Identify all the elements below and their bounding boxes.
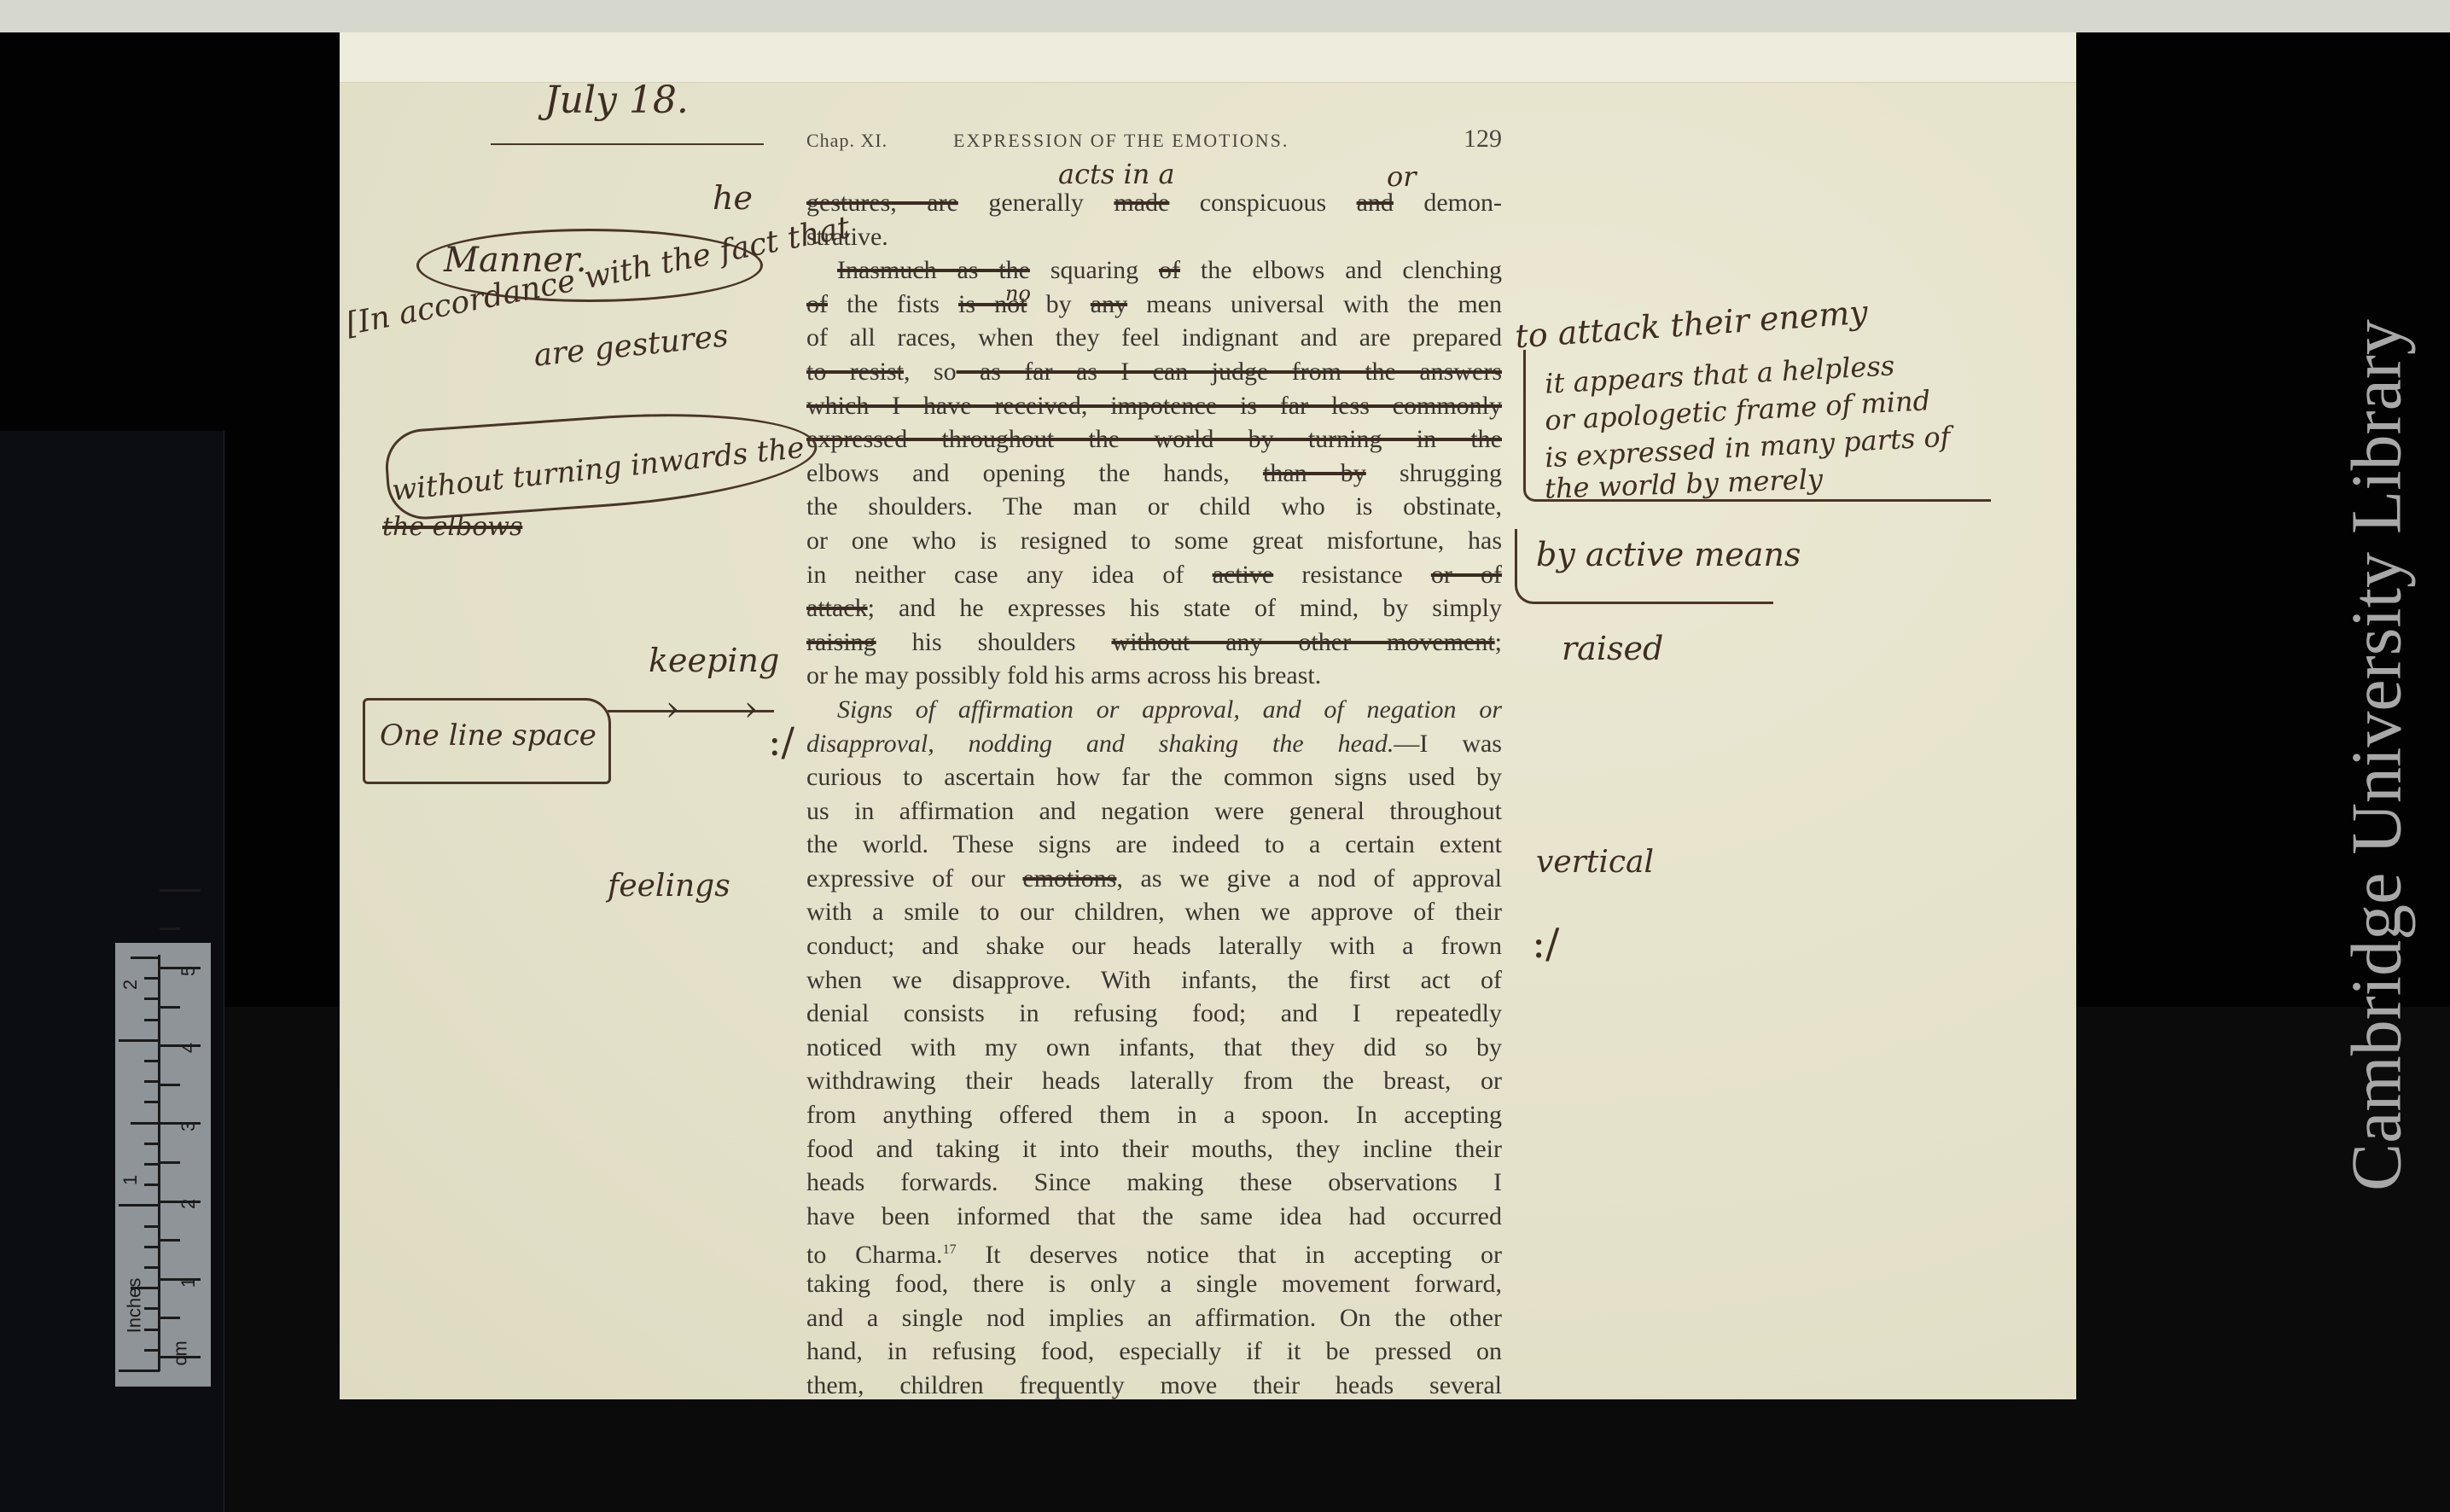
- struck-text: or of: [1431, 561, 1502, 589]
- text-segment: the world. These signs are indeed to a c…: [806, 830, 1502, 858]
- text-segment: of all races, when they feel indignant a…: [806, 323, 1502, 352]
- ruler-tick: [144, 1329, 160, 1331]
- text-line: to Charma.17 It deserves notice that in …: [806, 1233, 1502, 1267]
- text-line: when we disapprove. With infants, the fi…: [806, 963, 1502, 997]
- text-line: food and taking it into their mouths, th…: [806, 1132, 1502, 1166]
- text-line: Signs of affirmation or approval, and of…: [806, 693, 1502, 727]
- text-segment: the elbows and clenching: [1180, 256, 1502, 284]
- text-line: the shoulders. The man or child who is o…: [806, 490, 1502, 524]
- text-segment: conduct; and shake our heads laterally w…: [806, 932, 1502, 960]
- text-line: hand, in refusing food, especially if it…: [806, 1335, 1502, 1369]
- annotation-he: he: [713, 179, 753, 217]
- ruler-tick: [144, 1183, 160, 1186]
- ruler-cm-5: 5: [177, 966, 200, 976]
- ruler-tick: [144, 1225, 160, 1228]
- ruler-tick: [144, 1246, 160, 1248]
- text-line: have been informed that the same idea ha…: [806, 1200, 1502, 1234]
- ruler-tick: [131, 1122, 160, 1125]
- annotation-margin-mark-2: :/: [1532, 920, 1559, 968]
- library-watermark: Cambridge University Library: [2336, 319, 2418, 1191]
- text-segment: with a smile to our children, when we ap…: [806, 898, 1502, 926]
- text-segment: to Charma.: [806, 1241, 943, 1269]
- text-line: taking food, there is only a single move…: [806, 1267, 1502, 1301]
- ruler-inch-1: 1: [119, 1175, 142, 1185]
- struck-text: expressed throughout the world by turnin…: [806, 425, 1502, 453]
- struck-text: Inasmuch as the: [837, 256, 1030, 284]
- text-segment: shrugging: [1366, 459, 1502, 487]
- text-segment: resistance: [1273, 561, 1431, 589]
- text-line: the world. These signs are indeed to a c…: [806, 828, 1502, 862]
- ruler-tick: [160, 928, 180, 930]
- text-line: strative.: [806, 220, 1502, 254]
- ruler-tick: [160, 1239, 180, 1242]
- text-line: raising his shoulders without any other …: [806, 625, 1502, 660]
- ruler-tick: [160, 1317, 180, 1319]
- annotation-margin-mark: :/: [768, 718, 794, 765]
- text-line: and a single nod implies an affirmation.…: [806, 1301, 1502, 1335]
- ruler-tick: [144, 1349, 160, 1352]
- text-segment: means universal with the men: [1127, 290, 1502, 318]
- text-line: elbows and opening the hands, than by sh…: [806, 457, 1502, 491]
- struck-text: emotions: [1022, 864, 1116, 893]
- struck-text: of: [1159, 256, 1180, 284]
- book-title: EXPRESSION OF THE EMOTIONS.: [953, 130, 1289, 152]
- struck-text: raising: [806, 628, 876, 656]
- struck-text: which I have received, impotence is far …: [806, 392, 1502, 420]
- text-segment: in neither case any idea of: [806, 561, 1213, 589]
- page-overlap-strip: [340, 32, 2076, 83]
- arrow-head-icon: ›: [744, 689, 758, 729]
- struck-text: active: [1213, 561, 1274, 589]
- text-line: of all races, when they feel indignant a…: [806, 321, 1502, 355]
- text-segment: the shoulders. The man or child who is o…: [806, 492, 1502, 520]
- ruler-tick: [119, 1370, 160, 1372]
- struck-text: of: [806, 290, 828, 318]
- text-segment: 17: [943, 1242, 957, 1257]
- struck-text: any: [1091, 290, 1127, 318]
- ruler-tick: [144, 1163, 160, 1166]
- ruler-cm-2: 2: [177, 1199, 200, 1209]
- struck-text: attack: [806, 594, 868, 622]
- ruler-cm-4: 4: [177, 1043, 200, 1053]
- ruler-tick: [160, 1084, 180, 1086]
- text-line: withdrawing their heads laterally from t…: [806, 1064, 1502, 1098]
- scale-ruler: Inches cm 1 2 1 2 3 4 5: [115, 943, 211, 1387]
- text-segment: have been informed that the same idea ha…: [806, 1202, 1502, 1230]
- struck-text: than by: [1263, 459, 1366, 487]
- text-segment: noticed with my own infants, that they d…: [806, 1033, 1502, 1061]
- ruler-tick: [144, 997, 160, 1000]
- ruler-tick: [144, 1307, 160, 1310]
- ruler-tick: [119, 1039, 160, 1042]
- arrow-head-icon: ›: [666, 689, 679, 729]
- ruler-tick: [144, 1019, 160, 1021]
- text-segment: generally: [958, 189, 1114, 217]
- text-line: expressive of our emotions, as we give a…: [806, 862, 1502, 896]
- text-line: of the fists is not by any means univers…: [806, 288, 1502, 322]
- text-segment: —I was: [1394, 730, 1502, 758]
- scan-top-strip: [0, 0, 2450, 32]
- text-segment: conspicuous: [1169, 189, 1356, 217]
- text-segment: expressive of our: [806, 864, 1022, 893]
- text-segment: or he may possibly fold his arms across …: [806, 661, 1321, 689]
- text-segment: heads forwards. Since making these obser…: [806, 1168, 1502, 1196]
- text-segment: us in affirmation and negation were gene…: [806, 797, 1502, 825]
- text-line: or one who is resigned to some great mis…: [806, 524, 1502, 558]
- text-segment: from anything offered them in a spoon. I…: [806, 1101, 1502, 1129]
- annotation-date: July 18.: [544, 79, 689, 122]
- ruler-tick: [144, 1143, 160, 1145]
- ruler-cm-1: 1: [177, 1277, 200, 1288]
- annotation-feelings: feelings: [608, 869, 730, 904]
- text-line: to resist, so as far as I can judge from…: [806, 355, 1502, 389]
- text-segment: or one who is resigned to some great mis…: [806, 526, 1502, 555]
- text-segment: , so: [904, 358, 957, 386]
- text-line: conduct; and shake our heads laterally w…: [806, 929, 1502, 963]
- ruler-tick: [160, 889, 201, 892]
- text-line: denial consists in refusing food; and I …: [806, 997, 1502, 1031]
- annotation-vertical: vertical: [1536, 845, 1654, 880]
- ruler-tick: [144, 1080, 160, 1083]
- text-line: attack; and he expresses his state of mi…: [806, 591, 1502, 625]
- ruler-inches-label: Inches: [123, 1278, 145, 1334]
- ruler-tick: [131, 957, 160, 959]
- ruler-cm-label: cm: [170, 1340, 192, 1365]
- date-underline: [491, 143, 764, 145]
- ruler-tick: [144, 977, 160, 980]
- text-line: which I have received, impotence is far …: [806, 389, 1502, 423]
- text-segment: taking food, there is only a single move…: [806, 1270, 1502, 1298]
- text-segment: elbows and opening the hands,: [806, 459, 1263, 487]
- text-segment: by: [1027, 290, 1091, 318]
- ruler-tick: [119, 1204, 160, 1207]
- struck-text: as far as I can judge from the answers: [957, 358, 1502, 386]
- ruler-inch-2: 2: [119, 980, 142, 990]
- text-line: in neither case any idea of active resis…: [806, 558, 1502, 592]
- text-line: or he may possibly fold his arms across …: [806, 659, 1502, 693]
- text-segment: , as we give a nod of approval: [1116, 864, 1502, 893]
- text-line: noticed with my own infants, that they d…: [806, 1031, 1502, 1065]
- page-number: 129: [1464, 125, 1502, 154]
- running-head: Chap. XI. EXPRESSION OF THE EMOTIONS. 12…: [806, 125, 1502, 155]
- text-segment: It deserves notice that in accepting or: [957, 1241, 1502, 1269]
- annotation-no: no: [1005, 282, 1031, 305]
- text-segment: hand, in refusing food, especially if it…: [806, 1337, 1502, 1365]
- text-segment: withdrawing their heads laterally from t…: [806, 1067, 1502, 1095]
- text-line: from anything offered them in a spoon. I…: [806, 1098, 1502, 1132]
- text-segment: the fists: [828, 290, 958, 318]
- chapter-label: Chap. XI.: [806, 130, 887, 152]
- text-segment: and a single nod implies an affirmation.…: [806, 1304, 1502, 1332]
- text-segment: squaring: [1030, 256, 1159, 284]
- annotation-or: or: [1387, 160, 1417, 193]
- text-segment: them, children frequently move their hea…: [806, 1371, 1502, 1399]
- struck-text: to resist: [806, 358, 904, 386]
- text-segment: denial consists in refusing food; and I …: [806, 999, 1502, 1027]
- ruler-tick: [144, 1266, 160, 1269]
- annotation-the-elbows: the elbows: [382, 512, 522, 542]
- text-line: curious to ascertain how far the common …: [806, 760, 1502, 794]
- text-segment: curious to ascertain how far the common …: [806, 763, 1502, 791]
- text-segment: ;: [1495, 628, 1502, 656]
- struck-text: without any other movement: [1112, 628, 1495, 656]
- struck-text: made: [1114, 189, 1169, 217]
- ruler-tick: [144, 1060, 160, 1062]
- text-segment: when we disapprove. With infants, the fi…: [806, 966, 1502, 994]
- annotation-by-active-means: by active means: [1536, 536, 1801, 573]
- text-line: heads forwards. Since making these obser…: [806, 1166, 1502, 1200]
- text-line: expressed throughout the world by turnin…: [806, 422, 1502, 457]
- annotation-one-line-space: One line space: [380, 718, 596, 753]
- text-line: us in affirmation and negation were gene…: [806, 794, 1502, 829]
- text-segment: Signs of affirmation or approval, and of…: [837, 695, 1502, 724]
- text-line: Inasmuch as the squaring of the elbows a…: [806, 253, 1502, 288]
- annotation-keeping: keeping: [649, 642, 779, 679]
- printed-body-text: gestures, are generally made conspicuous…: [806, 186, 1502, 1402]
- ruler-cm-3: 3: [177, 1121, 200, 1131]
- text-segment: ; and he expresses his state of mind, by…: [868, 594, 1502, 622]
- text-line: disapproval, nodding and shaking the hea…: [806, 727, 1502, 761]
- ruler-tick: [160, 1006, 180, 1009]
- text-segment: disapproval, nodding and shaking the hea…: [806, 730, 1394, 758]
- annotation-acts-in-a: acts in a: [1058, 158, 1175, 190]
- ruler-tick: [160, 1161, 180, 1164]
- text-line: them, children frequently move their hea…: [806, 1369, 1502, 1403]
- text-segment: his shoulders: [876, 628, 1112, 656]
- annotation-raised: raised: [1562, 630, 1663, 667]
- ruler-tick: [144, 1101, 160, 1103]
- text-line: with a smile to our children, when we ap…: [806, 895, 1502, 929]
- text-segment: food and taking it into their mouths, th…: [806, 1135, 1502, 1163]
